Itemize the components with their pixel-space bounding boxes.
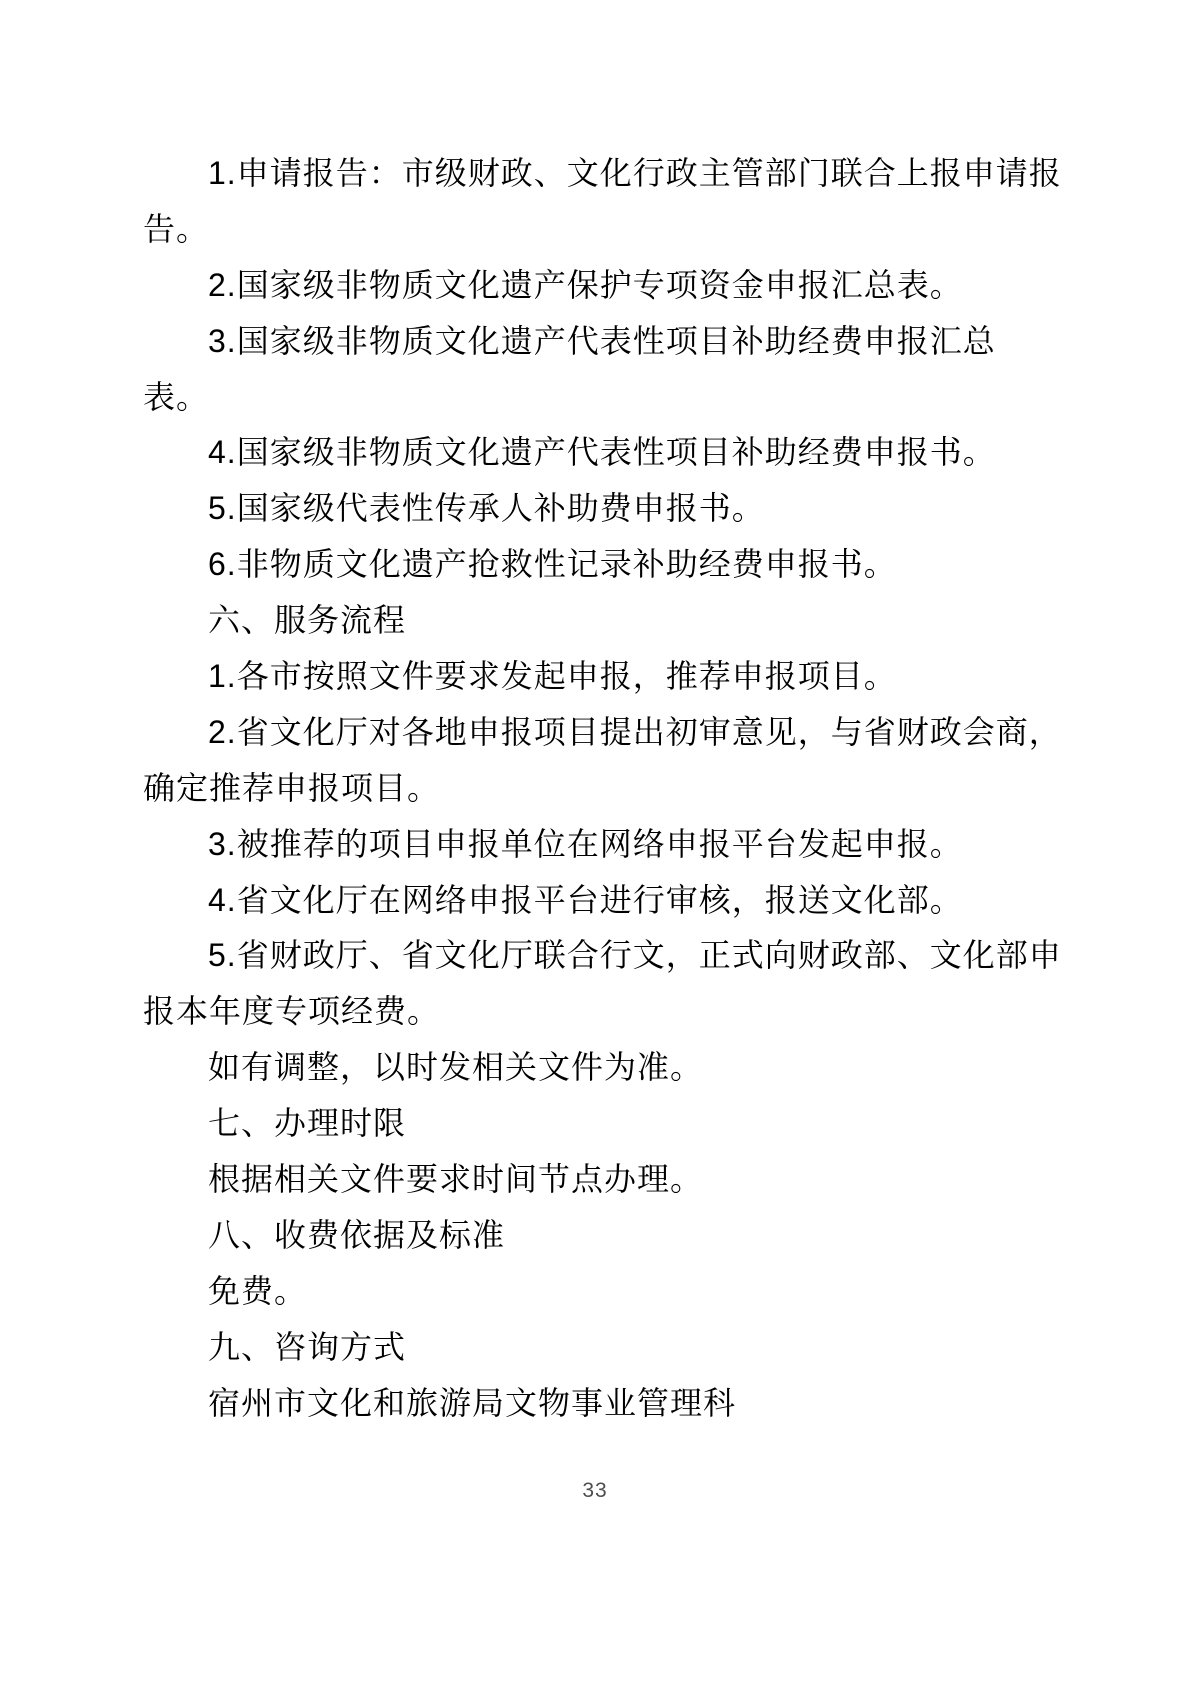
- text-line: 3.国家级非物质文化遗产代表性项目补助经费申报汇总: [143, 314, 1058, 370]
- text-line: 1.各市按照文件要求发起申报，推荐申报项目。: [143, 649, 1058, 705]
- text-line: 八、收费依据及标准: [143, 1208, 1058, 1264]
- text-line: 六、服务流程: [143, 593, 1058, 649]
- text-line: 5.省财政厅、省文化厅联合行文，正式向财政部、文化部申: [143, 928, 1058, 984]
- text-line: 九、咨询方式: [143, 1320, 1058, 1376]
- text-line: 5.国家级代表性传承人补助费申报书。: [143, 481, 1058, 537]
- text-line: 七、办理时限: [143, 1096, 1058, 1152]
- document-page: 1.申请报告：市级财政、文化行政主管部门联合上报申请报告。2.国家级非物质文化遗…: [0, 0, 1190, 1683]
- text-line: 告。: [143, 202, 1058, 258]
- document-text-block: 1.申请报告：市级财政、文化行政主管部门联合上报申请报告。2.国家级非物质文化遗…: [143, 146, 1058, 1431]
- text-line: 如有调整，以时发相关文件为准。: [143, 1040, 1058, 1096]
- text-line: 表。: [143, 370, 1058, 426]
- text-line: 报本年度专项经费。: [143, 984, 1058, 1040]
- text-line: 免费。: [143, 1264, 1058, 1320]
- text-line: 4.国家级非物质文化遗产代表性项目补助经费申报书。: [143, 425, 1058, 481]
- text-line: 1.申请报告：市级财政、文化行政主管部门联合上报申请报: [143, 146, 1058, 202]
- text-line: 根据相关文件要求时间节点办理。: [143, 1152, 1058, 1208]
- text-line: 宿州市文化和旅游局文物事业管理科: [143, 1376, 1058, 1432]
- text-line: 4.省文化厅在网络申报平台进行审核，报送文化部。: [143, 873, 1058, 929]
- text-line: 确定推荐申报项目。: [143, 761, 1058, 817]
- text-line: 6.非物质文化遗产抢救性记录补助经费申报书。: [143, 537, 1058, 593]
- text-line: 3.被推荐的项目申报单位在网络申报平台发起申报。: [143, 817, 1058, 873]
- text-line: 2.国家级非物质文化遗产保护专项资金申报汇总表。: [143, 258, 1058, 314]
- page-number: 33: [0, 1479, 1190, 1503]
- text-line: 2.省文化厅对各地申报项目提出初审意见，与省财政会商，: [143, 705, 1058, 761]
